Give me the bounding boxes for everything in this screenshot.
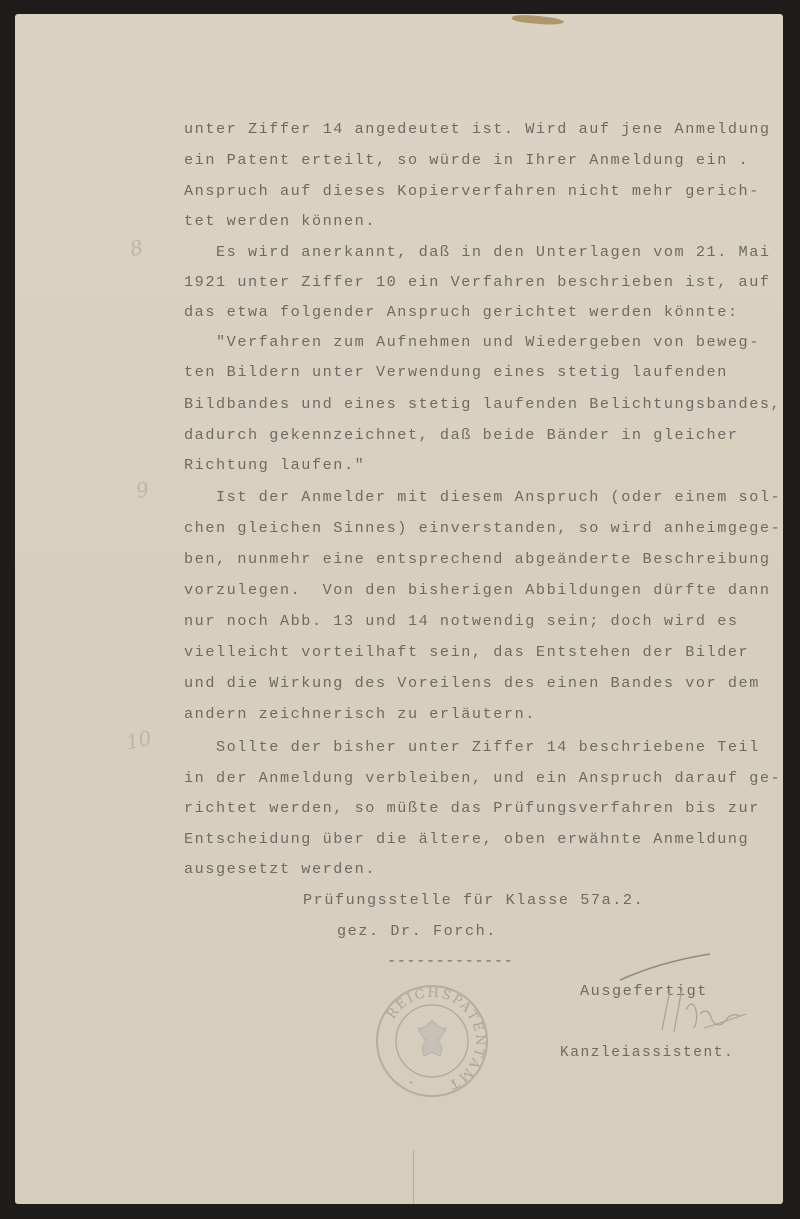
body-line: vielleicht vorteilhaft sein, das Entsteh… [184, 642, 749, 662]
svg-text:*: * [408, 1080, 414, 1092]
body-line: 1921 unter Ziffer 10 ein Verfahren besch… [184, 272, 771, 292]
body-line: ben, nunmehr eine entsprechend abgeänder… [184, 549, 771, 569]
body-line: Es wird anerkannt, daß in den Unterlagen… [184, 242, 771, 262]
body-line: in der Anmeldung verbleiben, und ein Ans… [184, 768, 781, 788]
body-line: und die Wirkung des Voreilens des einen … [184, 673, 760, 693]
body-line: Anspruch auf dieses Kopierverfahren nich… [184, 181, 760, 201]
signed-line: gez. Dr. Forch. [337, 921, 497, 941]
seal-stamp-icon: REICHSPATENTAMT * * [374, 982, 490, 1100]
title-label: Kanzleiassistent. [560, 1043, 734, 1063]
body-line: ausgesetzt werden. [184, 859, 376, 879]
body-line: Entscheidung über die ältere, oben erwäh… [184, 829, 749, 849]
body-line: Sollte der bisher unter Ziffer 14 beschr… [184, 737, 760, 757]
body-line: nur noch Abb. 13 und 14 notwendig sein; … [184, 611, 739, 631]
body-line: chen gleichen Sinnes) einverstanden, so … [184, 518, 781, 538]
office-line: Prüfungsstelle für Klasse 57a.2. [303, 890, 644, 910]
body-line: dadurch gekennzeichnet, daß beide Bänder… [184, 425, 739, 445]
body-line: Bildbandes und eines stetig laufenden Be… [184, 394, 781, 414]
body-line: das etwa folgender Anspruch gerichtet we… [184, 302, 739, 322]
fold-line [413, 1150, 414, 1204]
body-line: vorzulegen. Von den bisherigen Abbildung… [184, 580, 771, 600]
body-line: ten Bildern unter Verwendung eines steti… [184, 362, 728, 382]
body-line: richtet werden, so müßte das Prüfungsver… [184, 798, 760, 818]
body-line: ein Patent erteilt, so würde in Ihrer An… [184, 150, 749, 170]
body-line: andern zeichnerisch zu erläutern. [184, 704, 536, 724]
separator-line: ------------- [387, 951, 513, 971]
body-line: tet werden können. [184, 211, 376, 231]
signature-icon [600, 950, 750, 1045]
svg-text:*: * [450, 1080, 456, 1092]
body-line: unter Ziffer 14 angedeutet ist. Wird auf… [184, 119, 771, 139]
body-line: "Verfahren zum Aufnehmen und Wiedergeben… [184, 332, 760, 352]
body-line: Richtung laufen." [184, 455, 365, 475]
body-line: Ist der Anmelder mit diesem Anspruch (od… [184, 487, 781, 507]
